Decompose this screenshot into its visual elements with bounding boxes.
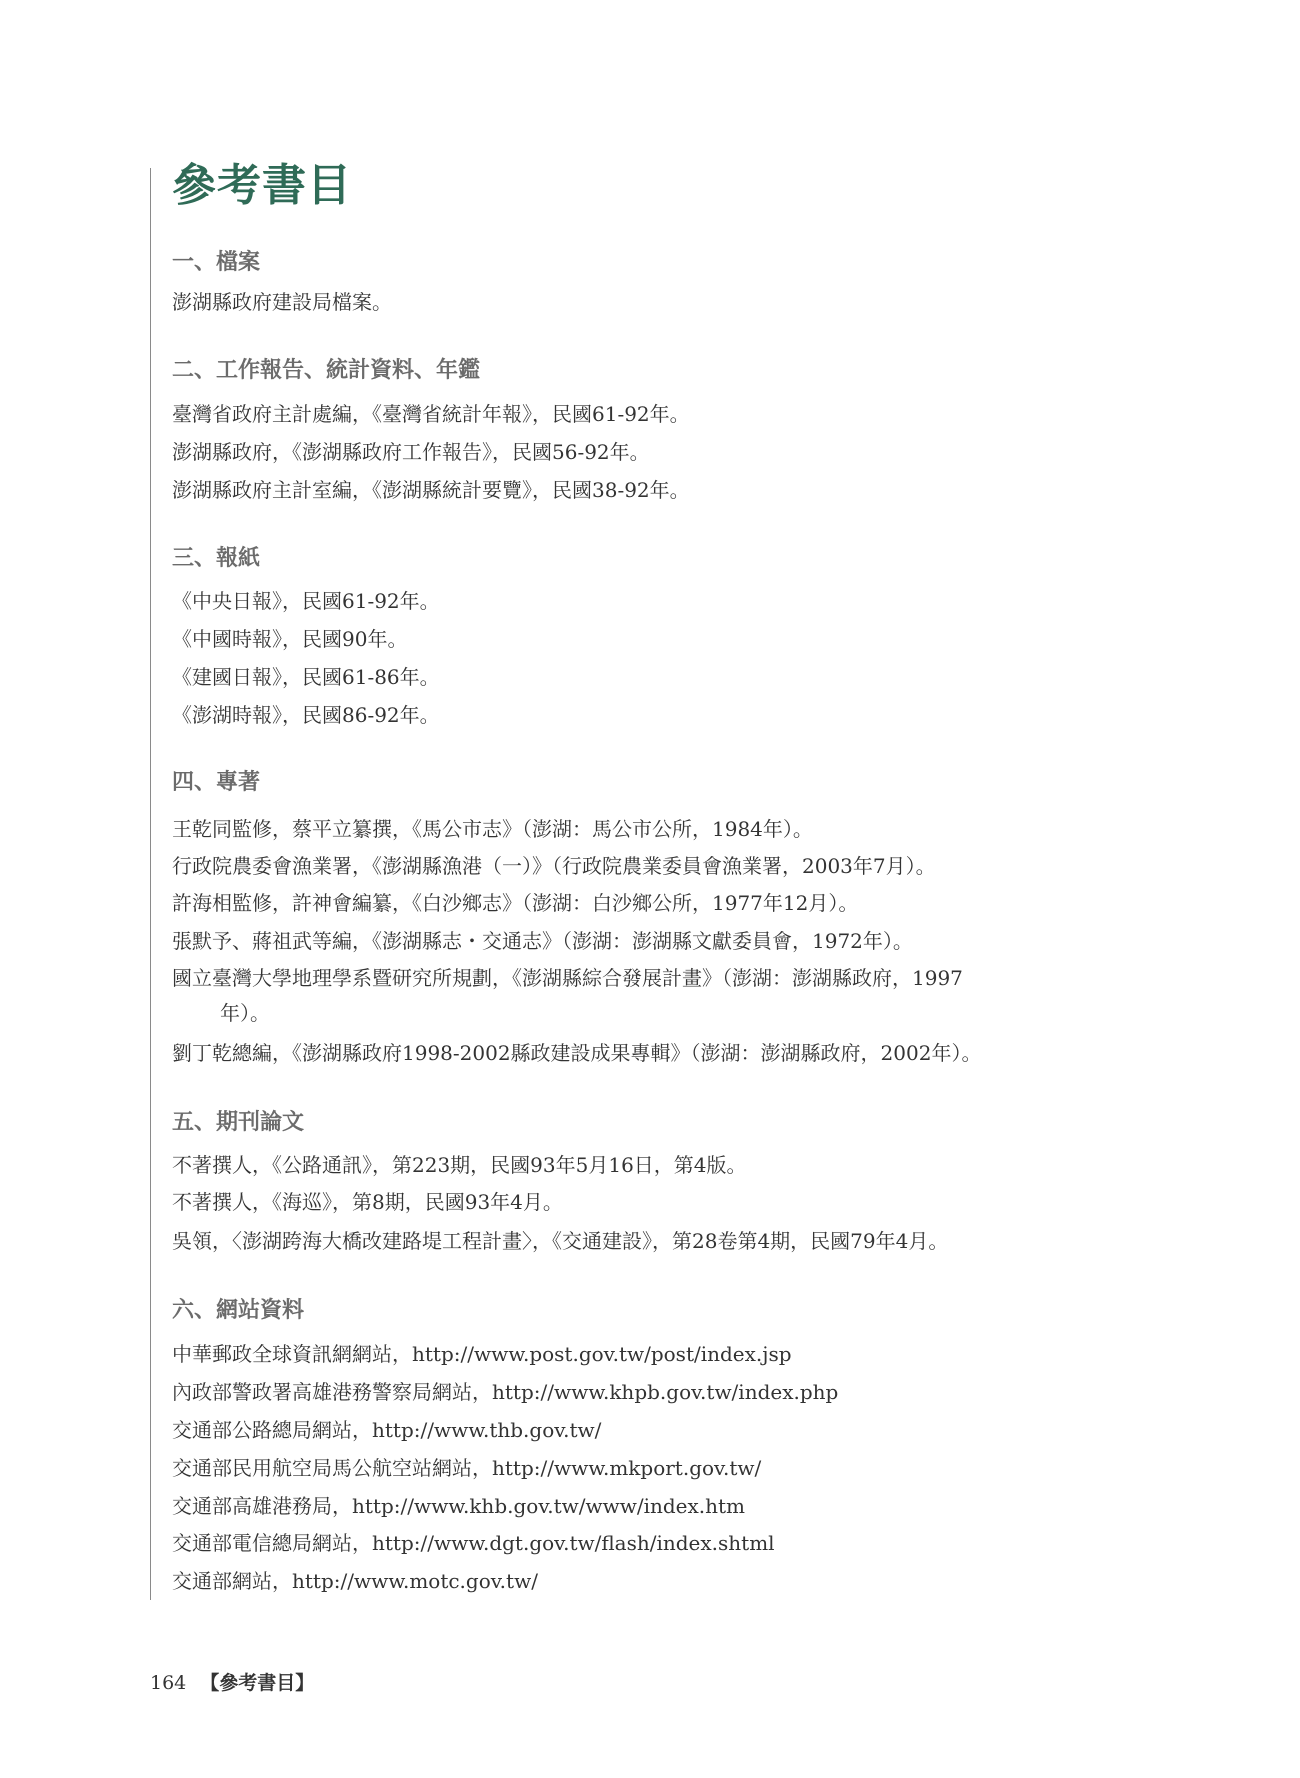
section-heading-journal-articles: 五、期刊論文 xyxy=(172,1108,304,1138)
website-entry: 交通部公路總局網站，http://www.thb.gov.tw/ xyxy=(172,1415,601,1445)
section-heading-reports: 二、工作報告、統計資料、年鑑 xyxy=(172,356,480,386)
website-entry: 交通部電信總局網站，http://www.dgt.gov.tw/flash/in… xyxy=(172,1528,775,1558)
section-heading-archives: 一、檔案 xyxy=(172,248,260,278)
bibliography-entry: 澎湖縣政府，《澎湖縣政府工作報告》，民國56-92年。 xyxy=(172,437,650,467)
section-heading-newspapers: 三、報紙 xyxy=(172,544,260,574)
bibliography-entry: 《建國日報》，民國61-86年。 xyxy=(172,662,440,692)
page-title: 參考書目 xyxy=(172,158,352,214)
bibliography-entry: 《中國時報》，民國90年。 xyxy=(172,624,407,654)
bibliography-entry: 吳領，〈澎湖跨海大橋改建路堤工程計畫〉，《交通建設》，第28卷第4期，民國79年… xyxy=(172,1226,948,1256)
bibliography-entry: 澎湖縣政府建設局檔案。 xyxy=(172,287,392,317)
website-entry: 交通部民用航空局馬公航空站網站，http://www.mkport.gov.tw… xyxy=(172,1453,761,1483)
bibliography-entry: 國立臺灣大學地理學系暨研究所規劃，《澎湖縣綜合發展計畫》（澎湖：澎湖縣政府，19… xyxy=(172,963,963,993)
bibliography-entry: 張默予、蔣祖武等編，《澎湖縣志・交通志》（澎湖：澎湖縣文獻委員會，1972年）。 xyxy=(172,926,913,956)
footer-section-title: 【參考書目】 xyxy=(200,1672,314,1694)
bibliography-entry: 許海相監修，許神會編纂，《白沙鄉志》（澎湖：白沙鄉公所，1977年12月）。 xyxy=(172,888,858,918)
bibliography-entry: 澎湖縣政府主計室編，《澎湖縣統計要覽》，民國38-92年。 xyxy=(172,475,690,505)
section-heading-monographs: 四、專著 xyxy=(172,768,260,798)
bibliography-entry: 行政院農委會漁業署，《澎湖縣漁港（一）》（行政院農業委員會漁業署，2003年7月… xyxy=(172,851,936,881)
section-heading-websites: 六、網站資料 xyxy=(172,1296,304,1326)
document-page: 參考書目 一、檔案 澎湖縣政府建設局檔案。 二、工作報告、統計資料、年鑑 臺灣省… xyxy=(0,0,1300,1778)
page-footer: 164【參考書目】 xyxy=(150,1668,314,1698)
website-entry: 內政部警政署高雄港務警察局網站，http://www.khpb.gov.tw/i… xyxy=(172,1377,838,1407)
bibliography-entry: 臺灣省政府主計處編，《臺灣省統計年報》，民國61-92年。 xyxy=(172,399,690,429)
website-entry: 交通部網站，http://www.motc.gov.tw/ xyxy=(172,1566,538,1596)
bibliography-entry: 不著撰人，《海巡》，第8期，民國93年4月。 xyxy=(172,1187,563,1217)
bibliography-entry: 《中央日報》，民國61-92年。 xyxy=(172,586,440,616)
bibliography-entry: 不著撰人，《公路通訊》，第223期，民國93年5月16日，第4版。 xyxy=(172,1150,747,1180)
bibliography-entry: 劉丁乾總編，《澎湖縣政府1998-2002縣政建設成果專輯》（澎湖：澎湖縣政府，… xyxy=(172,1038,981,1068)
bibliography-entry: 《澎湖時報》，民國86-92年。 xyxy=(172,700,440,730)
bibliography-entry: 王乾同監修，蔡平立纂撰，《馬公市志》（澎湖：馬公市公所，1984年）。 xyxy=(172,814,813,844)
page-number: 164 xyxy=(150,1672,186,1694)
website-entry: 中華郵政全球資訊網網站，http://www.post.gov.tw/post/… xyxy=(172,1339,792,1369)
left-vertical-rule xyxy=(150,168,151,1600)
website-entry: 交通部高雄港務局，http://www.khb.gov.tw/www/index… xyxy=(172,1491,745,1521)
bibliography-entry-continuation: 年）。 xyxy=(220,998,270,1028)
